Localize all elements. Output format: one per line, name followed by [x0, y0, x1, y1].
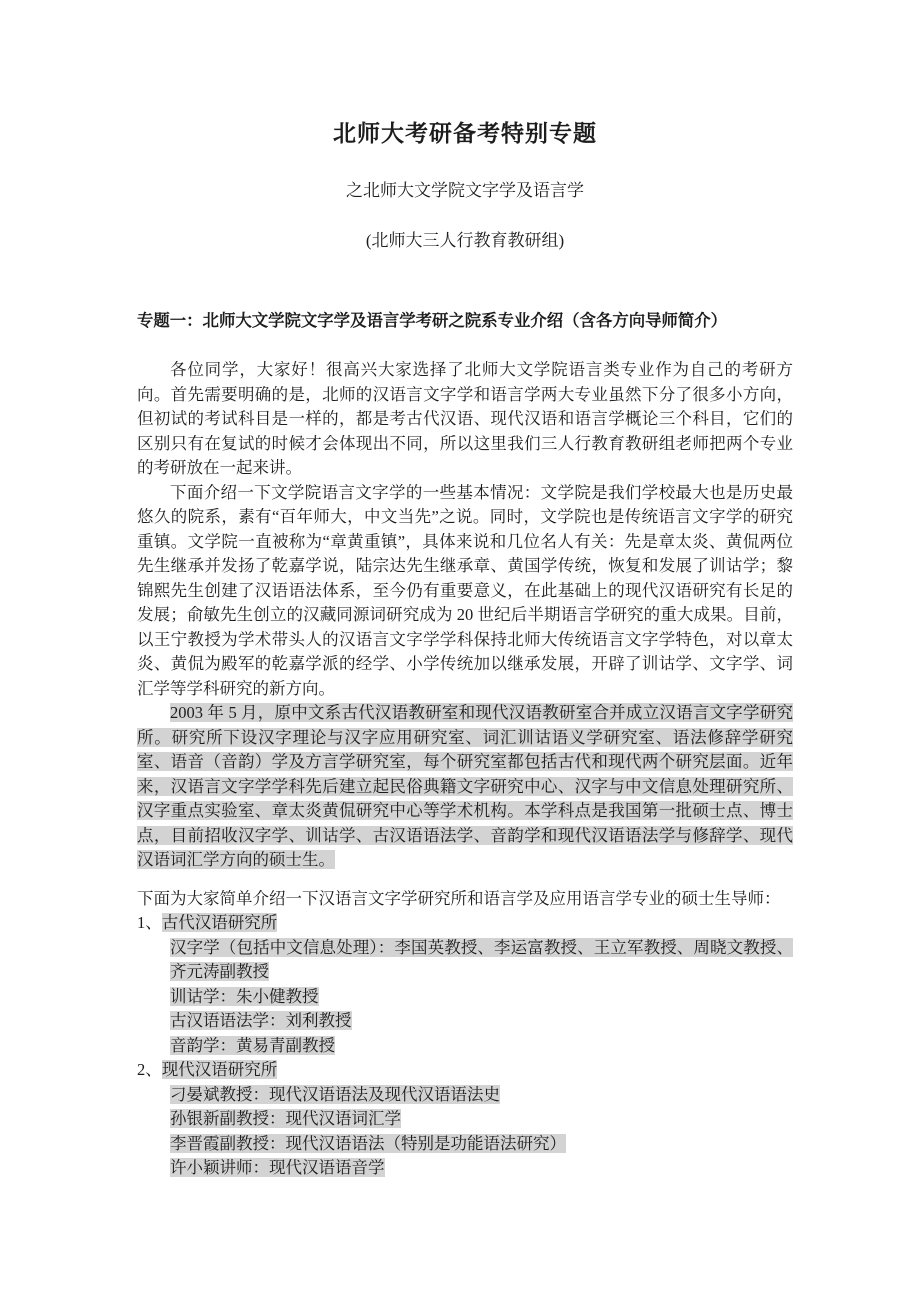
highlighted-text: 2003 年 5 月，原中文系古代汉语教研室和现代汉语教研室合并成立汉语言文字学…: [137, 703, 793, 869]
advisor-item-text: 训诂学：朱小健教授: [170, 987, 319, 1006]
advisor-item-text: 许小颖讲师：现代汉语语音学: [170, 1158, 385, 1177]
section-heading: 专题一：北师大文学院文字学及语言学考研之院系专业介绍（含各方向导师简介）: [137, 308, 793, 333]
advisor-group-2-header: 2、现代汉语研究所: [137, 1058, 793, 1083]
advisor-item-text: 孙银新副教授：现代汉语词汇学: [170, 1109, 401, 1128]
paragraph-history: 下面介绍一下文学院语言文字学的一些基本情况：文学院是我们学校最大也是历史最悠久的…: [137, 481, 793, 702]
group-2-name: 现代汉语研究所: [162, 1060, 278, 1079]
advisor-group-1-header: 1、古代汉语研究所: [137, 911, 793, 936]
advisor-item: 刁晏斌教授：现代汉语语法及现代汉语语法史: [170, 1083, 793, 1108]
advisor-item-text: 音韵学：黄易青副教授: [170, 1036, 335, 1055]
advisor-group-2-items: 刁晏斌教授：现代汉语语法及现代汉语语法史 孙银新副教授：现代汉语词汇学 李晋霞副…: [137, 1083, 793, 1181]
advisor-item: 孙银新副教授：现代汉语词汇学: [170, 1107, 793, 1132]
group-1-name: 古代汉语研究所: [162, 913, 278, 932]
document-org-line: (北师大三人行教育教研组): [137, 228, 793, 253]
advisor-item-text: 刁晏斌教授：现代汉语语法及现代汉语语法史: [170, 1085, 500, 1104]
advisor-item: 训诂学：朱小健教授: [170, 985, 793, 1010]
advisor-item: 古汉语语法学：刘利教授: [170, 1009, 793, 1034]
document-page: 北师大考研备考特别专题 之北师大文学院文字学及语言学 (北师大三人行教育教研组)…: [0, 0, 920, 1302]
paragraph-greeting: 各位同学，大家好！很高兴大家选择了北师大文学院语言类专业作为自己的考研方向。首先…: [137, 358, 793, 481]
advisor-item: 汉字学（包括中文信息处理）：李国英教授、李运富教授、王立军教授、周晓文教授、齐元…: [170, 936, 793, 985]
advisor-intro-line: 下面为大家简单介绍一下汉语言文字学研究所和语言学及应用语言学专业的硕士生导师：: [137, 887, 793, 912]
advisor-item: 许小颖讲师：现代汉语语音学: [170, 1156, 793, 1181]
advisor-item-text: 古汉语语法学：刘利教授: [170, 1011, 352, 1030]
group-1-number: 1、: [137, 913, 162, 932]
advisor-item: 音韵学：黄易青副教授: [170, 1034, 793, 1059]
document-title: 北师大考研备考特别专题: [137, 118, 793, 150]
advisor-item-text: 汉字学（包括中文信息处理）：李国英教授、李运富教授、王立军教授、周晓文教授、齐元…: [170, 938, 793, 982]
document-subtitle: 之北师大文学院文字学及语言学: [137, 178, 793, 203]
advisor-item-text: 李晋霞副教授：现代汉语语法（特别是功能语法研究）: [170, 1134, 566, 1153]
advisor-group-1-items: 汉字学（包括中文信息处理）：李国英教授、李运富教授、王立军教授、周晓文教授、齐元…: [137, 936, 793, 1059]
paragraph-institute-highlighted: 2003 年 5 月，原中文系古代汉语教研室和现代汉语教研室合并成立汉语言文字学…: [137, 701, 793, 873]
group-2-number: 2、: [137, 1060, 162, 1079]
advisor-item: 李晋霞副教授：现代汉语语法（特别是功能语法研究）: [170, 1132, 793, 1157]
document-content: 北师大考研备考特别专题 之北师大文学院文字学及语言学 (北师大三人行教育教研组)…: [137, 118, 793, 1181]
